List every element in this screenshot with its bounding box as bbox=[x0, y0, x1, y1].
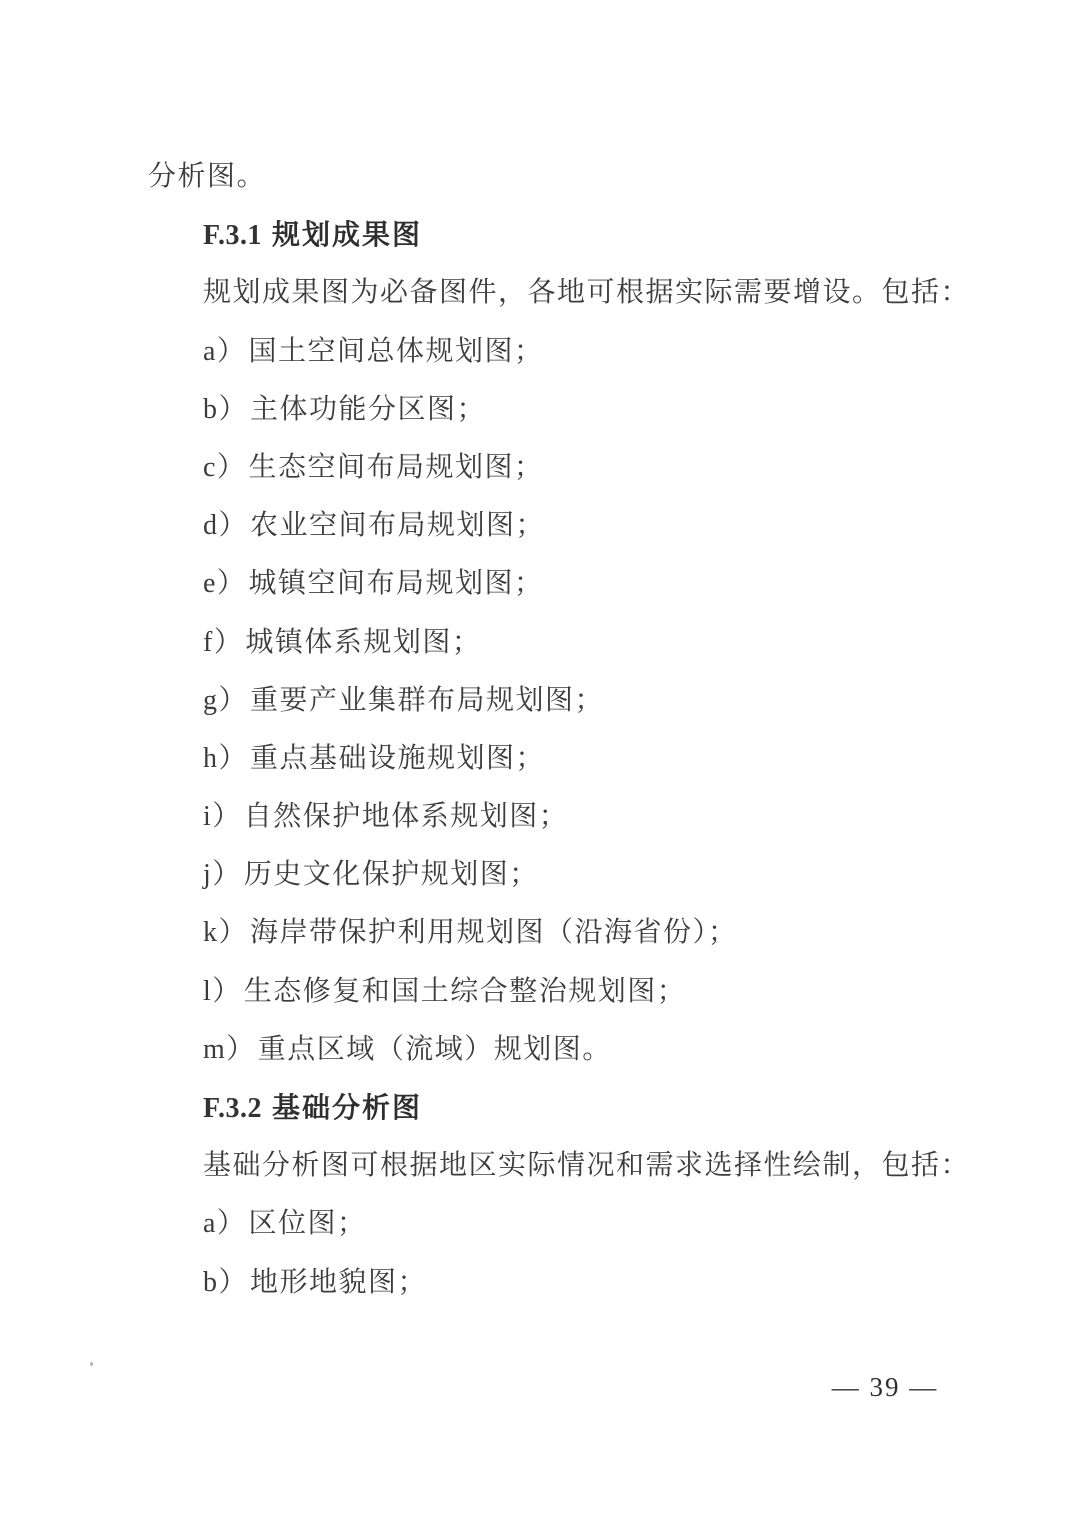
list-item: h）重点基础设施规划图； bbox=[0, 744, 1080, 802]
list-item: f）城镇体系规划图； bbox=[0, 628, 1080, 686]
section-heading-f3-1: F.3.1规划成果图 bbox=[0, 220, 1080, 278]
document-page: 分析图。 F.3.1规划成果图 规划成果图为必备图件，各地可根据实际需要增设。包… bbox=[0, 0, 1080, 1527]
item-label: d） bbox=[203, 510, 248, 541]
list-item: b）主体功能分区图； bbox=[0, 395, 1080, 453]
list-item: i）自然保护地体系规划图； bbox=[0, 802, 1080, 860]
list-item: k）海岸带保护利用规划图（沿海省份）； bbox=[0, 918, 1080, 976]
item-label: e） bbox=[203, 568, 246, 599]
item-label: h） bbox=[203, 743, 248, 774]
item-label: g） bbox=[203, 685, 248, 716]
continuation-text: 分析图。 bbox=[0, 162, 1080, 220]
item-text: 海岸带保护利用规划图（沿海省份）； bbox=[250, 917, 738, 948]
scan-speck bbox=[90, 1362, 93, 1366]
list-item: e）城镇空间布局规划图； bbox=[0, 569, 1080, 627]
heading-title: 基础分析图 bbox=[272, 1092, 422, 1123]
item-label: m） bbox=[203, 1034, 256, 1065]
list-item: b）地形地貌图； bbox=[0, 1268, 1080, 1326]
list-item: m）重点区域（流域）规划图。 bbox=[0, 1035, 1080, 1093]
item-label: a） bbox=[203, 1208, 246, 1239]
item-text: 自然保护地体系规划图； bbox=[244, 801, 569, 832]
item-text: 主体功能分区图； bbox=[250, 394, 486, 425]
item-label: i） bbox=[203, 801, 242, 832]
item-label: f） bbox=[203, 627, 243, 658]
list-item: c）生态空间布局规划图； bbox=[0, 453, 1080, 511]
item-text: 生态空间布局规划图； bbox=[248, 452, 543, 483]
item-label: c） bbox=[203, 452, 246, 483]
heading-title: 规划成果图 bbox=[272, 219, 422, 250]
item-text: 重点区域（流域）规划图。 bbox=[258, 1034, 612, 1065]
item-text: 重点基础设施规划图； bbox=[250, 743, 545, 774]
heading-number: F.3.1 bbox=[203, 220, 262, 251]
item-text: 农业空间布局规划图； bbox=[250, 510, 545, 541]
item-text: 区位图； bbox=[248, 1208, 366, 1239]
list-item: a）区位图； bbox=[0, 1209, 1080, 1267]
item-text: 生态修复和国土综合整治规划图； bbox=[244, 976, 687, 1007]
item-text: 重要产业集群布局规划图； bbox=[250, 685, 604, 716]
item-text: 城镇空间布局规划图； bbox=[248, 568, 543, 599]
list-item: g）重要产业集群布局规划图； bbox=[0, 686, 1080, 744]
list-item: a）国土空间总体规划图； bbox=[0, 337, 1080, 395]
heading-number: F.3.2 bbox=[203, 1093, 262, 1124]
item-text: 地形地貌图； bbox=[250, 1267, 427, 1298]
page-number: — 39 — bbox=[820, 1372, 950, 1403]
item-text: 城镇体系规划图； bbox=[245, 627, 481, 658]
section-intro: 规划成果图为必备图件，各地可根据实际需要增设。包括： bbox=[0, 278, 1080, 336]
list-item: l）生态修复和国土综合整治规划图； bbox=[0, 977, 1080, 1035]
item-label: a） bbox=[203, 336, 246, 367]
item-text: 国土空间总体规划图； bbox=[248, 336, 543, 367]
item-label: j） bbox=[203, 859, 242, 890]
item-label: l） bbox=[203, 976, 242, 1007]
item-label: k） bbox=[203, 917, 248, 948]
list-item: d）农业空间布局规划图； bbox=[0, 511, 1080, 569]
text-body: 分析图。 F.3.1规划成果图 规划成果图为必备图件，各地可根据实际需要增设。包… bbox=[0, 162, 1080, 1326]
item-label: b） bbox=[203, 394, 248, 425]
section-intro: 基础分析图可根据地区实际情况和需求选择性绘制，包括： bbox=[0, 1151, 1080, 1209]
item-label: b） bbox=[203, 1267, 248, 1298]
section-heading-f3-2: F.3.2基础分析图 bbox=[0, 1093, 1080, 1151]
list-item: j）历史文化保护规划图； bbox=[0, 860, 1080, 918]
item-text: 历史文化保护规划图； bbox=[244, 859, 539, 890]
